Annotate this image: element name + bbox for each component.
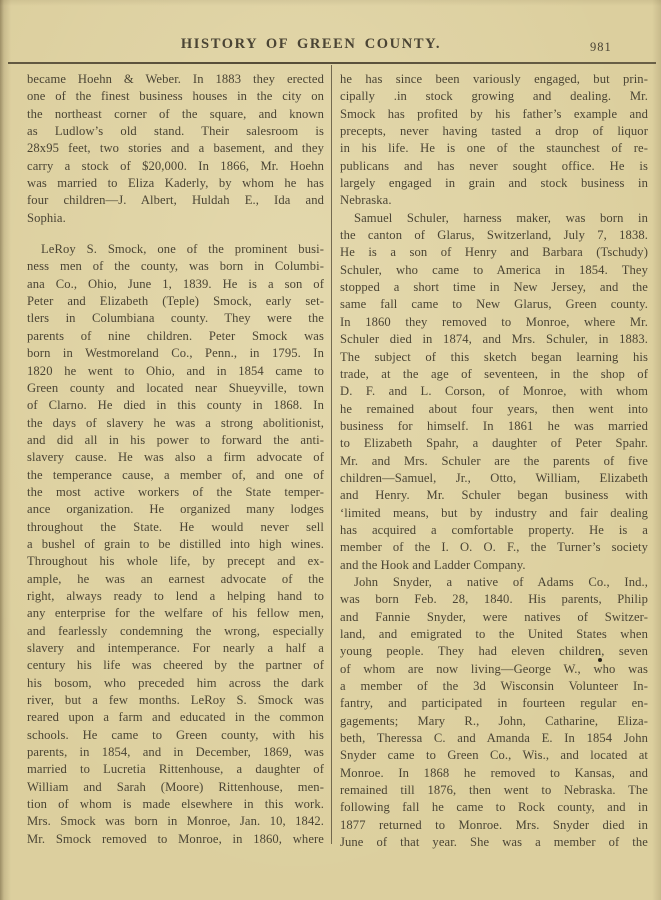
book-page: HISTORY OF GREEN COUNTY. 981 became Hoeh…	[0, 0, 661, 900]
page-number: 981	[590, 40, 630, 55]
header-rule	[8, 62, 656, 64]
text-line: reared upon a farm and educated in the c…	[27, 709, 324, 726]
text-line: land, and emigrated to the United States…	[340, 626, 648, 643]
text-line: trade, at the age of seventeen, in the s…	[340, 366, 648, 383]
text-line: river, but a few months. LeRoy S. Smock …	[27, 692, 324, 709]
text-line: Mr. Smock removed to Monroe, in 1860, wh…	[27, 831, 324, 848]
text-line: Smock has profited by his father’s examp…	[340, 106, 648, 123]
text-line: ample, he was an earnest advocate of the	[27, 571, 324, 588]
text-line: 1877 returned to Monroe. Mrs. Snyder die…	[340, 817, 648, 834]
text-line: right, always ready to lend a helping ha…	[27, 588, 324, 605]
text-line: ana Co., Ohio, June 1, 1839. He is a son…	[27, 276, 324, 293]
text-line: the northeast corner of the square, and …	[27, 106, 324, 123]
text-line: 28x95 feet, two stories and a basement, …	[27, 140, 324, 157]
text-line: remained till 1876, then went to Nebrask…	[340, 782, 648, 799]
text-line: married to Lucretia Rittenhouse, a daugh…	[27, 761, 324, 778]
text-line: carry a stock of $20,000. In 1866, Mr. H…	[27, 158, 324, 175]
text-line: fantry, and participated in fourteen reg…	[340, 695, 648, 712]
text-line: In 1860 they removed to Monroe, where Mr…	[340, 314, 648, 331]
text-line: ness men of the county, was born in Colu…	[27, 258, 324, 275]
text-line: was born Feb. 28, 1840. His parents, Phi…	[340, 591, 648, 608]
text-line: of Clarno. He died in this county in 186…	[27, 397, 324, 414]
text-line: one of the finest business houses in the…	[27, 88, 324, 105]
text-line: Peter and Elizabeth (Teple) Smock, early…	[27, 293, 324, 310]
text-line: parents of nine children. Peter Smock wa…	[27, 328, 324, 345]
text-line: throughout the State. He would never sel…	[27, 519, 324, 536]
text-line: century his life was cheered by the part…	[27, 657, 324, 674]
text-line: Nebraska.	[340, 192, 648, 209]
text-line: beth, Theressa C. and Amanda E. In 1854 …	[340, 730, 648, 747]
text-line: Monroe. In 1868 he removed to Kansas, an…	[340, 765, 648, 782]
text-line: of whom are now living—George W., who wa…	[340, 661, 648, 678]
text-line: as Ludlow’s old stand. Their salesroom i…	[27, 123, 324, 140]
text-line: publicans and has never sought office. H…	[340, 158, 648, 175]
text-line: precepts, never having tasted a drop of …	[340, 123, 648, 140]
text-line: Green county and located near Shueyville…	[27, 380, 324, 397]
text-line: member of the I. O. O. F., the Turner’s …	[340, 539, 648, 556]
paragraph: LeRoy S. Smock, one of the prominent bus…	[27, 241, 324, 848]
text-line: a member of the 3d Wisconsin Volunteer I…	[340, 678, 648, 695]
text-line: and fearlessly condemning the wrong, esp…	[27, 623, 324, 640]
text-line: the temperance cause, a member of, and o…	[27, 467, 324, 484]
column-divider	[331, 65, 332, 844]
text-line: Mrs. Smock was born in Monroe, Jan. 10, …	[27, 813, 324, 830]
text-line: schools. He came to Green county, with h…	[27, 727, 324, 744]
text-line: slavery cause. He was also a firm advoca…	[27, 449, 324, 466]
paragraph: became Hoehn & Weber. In 1883 they erect…	[27, 71, 324, 227]
text-line: John Snyder, a native of Adams Co., Ind.…	[340, 574, 648, 591]
text-column-right: he has since been variously engaged, but…	[340, 71, 648, 851]
text-line: 1820 he went to Ohio, and in 1854 came t…	[27, 363, 324, 380]
text-line: Schuler died in 1874, and Mrs. Schuler, …	[340, 331, 648, 348]
text-line: Samuel Schuler, harness maker, was born …	[340, 210, 648, 227]
text-line: and the Hook and Ladder Company.	[340, 557, 648, 574]
text-line: Sophia.	[27, 210, 324, 227]
text-line: parents, in 1854, and in December, 1869,…	[27, 744, 324, 761]
text-line: ance organization. He organized many lod…	[27, 501, 324, 518]
text-line: cipally .in stock growing and dealing. M…	[340, 88, 648, 105]
text-line: has acquired a comfortable property. He …	[340, 522, 648, 539]
text-line: in his life. He is one of the staunchest…	[340, 140, 648, 157]
text-line: same fall came to New Glarus, Green coun…	[340, 296, 648, 313]
text-line: the most active workers of the State tem…	[27, 484, 324, 501]
text-line: The subject of this sketch began learnin…	[340, 349, 648, 366]
text-line: Throughout his whole life, by precept an…	[27, 553, 324, 570]
text-line: he remained about four years, then went …	[340, 401, 648, 418]
text-line: William and Sarah (Moore) Rittenhouse, m…	[27, 779, 324, 796]
text-line: the days of slavery he was a strong abol…	[27, 415, 324, 432]
text-line: and Henry. Mr. Schuler began business wi…	[340, 487, 648, 504]
text-line: gagements; Mary R., John, Catharine, Eli…	[340, 713, 648, 730]
text-line: and Fannie Snyder, were natives of Switz…	[340, 609, 648, 626]
text-line: four children—J. Albert, Huldah E., Ida …	[27, 192, 324, 209]
text-line: business for himself. In 1861 he was mar…	[340, 418, 648, 435]
text-line: he has since been variously engaged, but…	[340, 71, 648, 88]
text-line: stopped a short time in New Jersey, and …	[340, 279, 648, 296]
text-line: a bushel of grain to be distilled into h…	[27, 536, 324, 553]
text-line: his bosom, who preceded him across the d…	[27, 675, 324, 692]
text-line: young people. They had eleven children, …	[340, 643, 648, 660]
text-line: children—Samuel, Jr., Otto, William, Eli…	[340, 470, 648, 487]
text-line: born in Westmoreland Co., Penn., in 1795…	[27, 345, 324, 362]
text-line: became Hoehn & Weber. In 1883 they erect…	[27, 71, 324, 88]
text-line: Schuler, who came to America in 1854. Th…	[340, 262, 648, 279]
paragraph: John Snyder, a native of Adams Co., Ind.…	[340, 574, 648, 852]
text-line: largely engaged in grain and stock busin…	[340, 175, 648, 192]
text-line: June of that year. She was a member of t…	[340, 834, 648, 851]
text-line: Snyder came to Green Co., Wis., and loca…	[340, 747, 648, 764]
page-header-title: HISTORY OF GREEN COUNTY.	[0, 36, 622, 53]
text-column-left: became Hoehn & Weber. In 1883 they erect…	[27, 71, 324, 848]
ink-spot	[598, 658, 602, 662]
text-line: tion of whom is made elsewhere in this w…	[27, 796, 324, 813]
text-line: to Elizabeth Spahr, a daughter of Peter …	[340, 435, 648, 452]
text-line: any enterprise for the welfare of his fe…	[27, 605, 324, 622]
text-line: D. F. and L. Corson, of Monroe, with who…	[340, 383, 648, 400]
text-line: was married to Eliza Kaderly, by whom he…	[27, 175, 324, 192]
text-line: slavery and intemperance. For nearly a h…	[27, 640, 324, 657]
text-line: LeRoy S. Smock, one of the prominent bus…	[27, 241, 324, 258]
text-line: and did all in his power to forward the …	[27, 432, 324, 449]
text-line: Mr. and Mrs. Schuler are the parents of …	[340, 453, 648, 470]
text-line: ‘limited means, but by industry and fair…	[340, 505, 648, 522]
paragraph: he has since been variously engaged, but…	[340, 71, 648, 210]
text-line: tlers in Columbiana county. They were th…	[27, 310, 324, 327]
text-line: following fall he came to Rock county, a…	[340, 799, 648, 816]
text-line: the canton of Glarus, Switzerland, July …	[340, 227, 648, 244]
text-line: He is a son of Henry and Barbara (Tschud…	[340, 244, 648, 261]
paragraph: Samuel Schuler, harness maker, was born …	[340, 210, 648, 574]
